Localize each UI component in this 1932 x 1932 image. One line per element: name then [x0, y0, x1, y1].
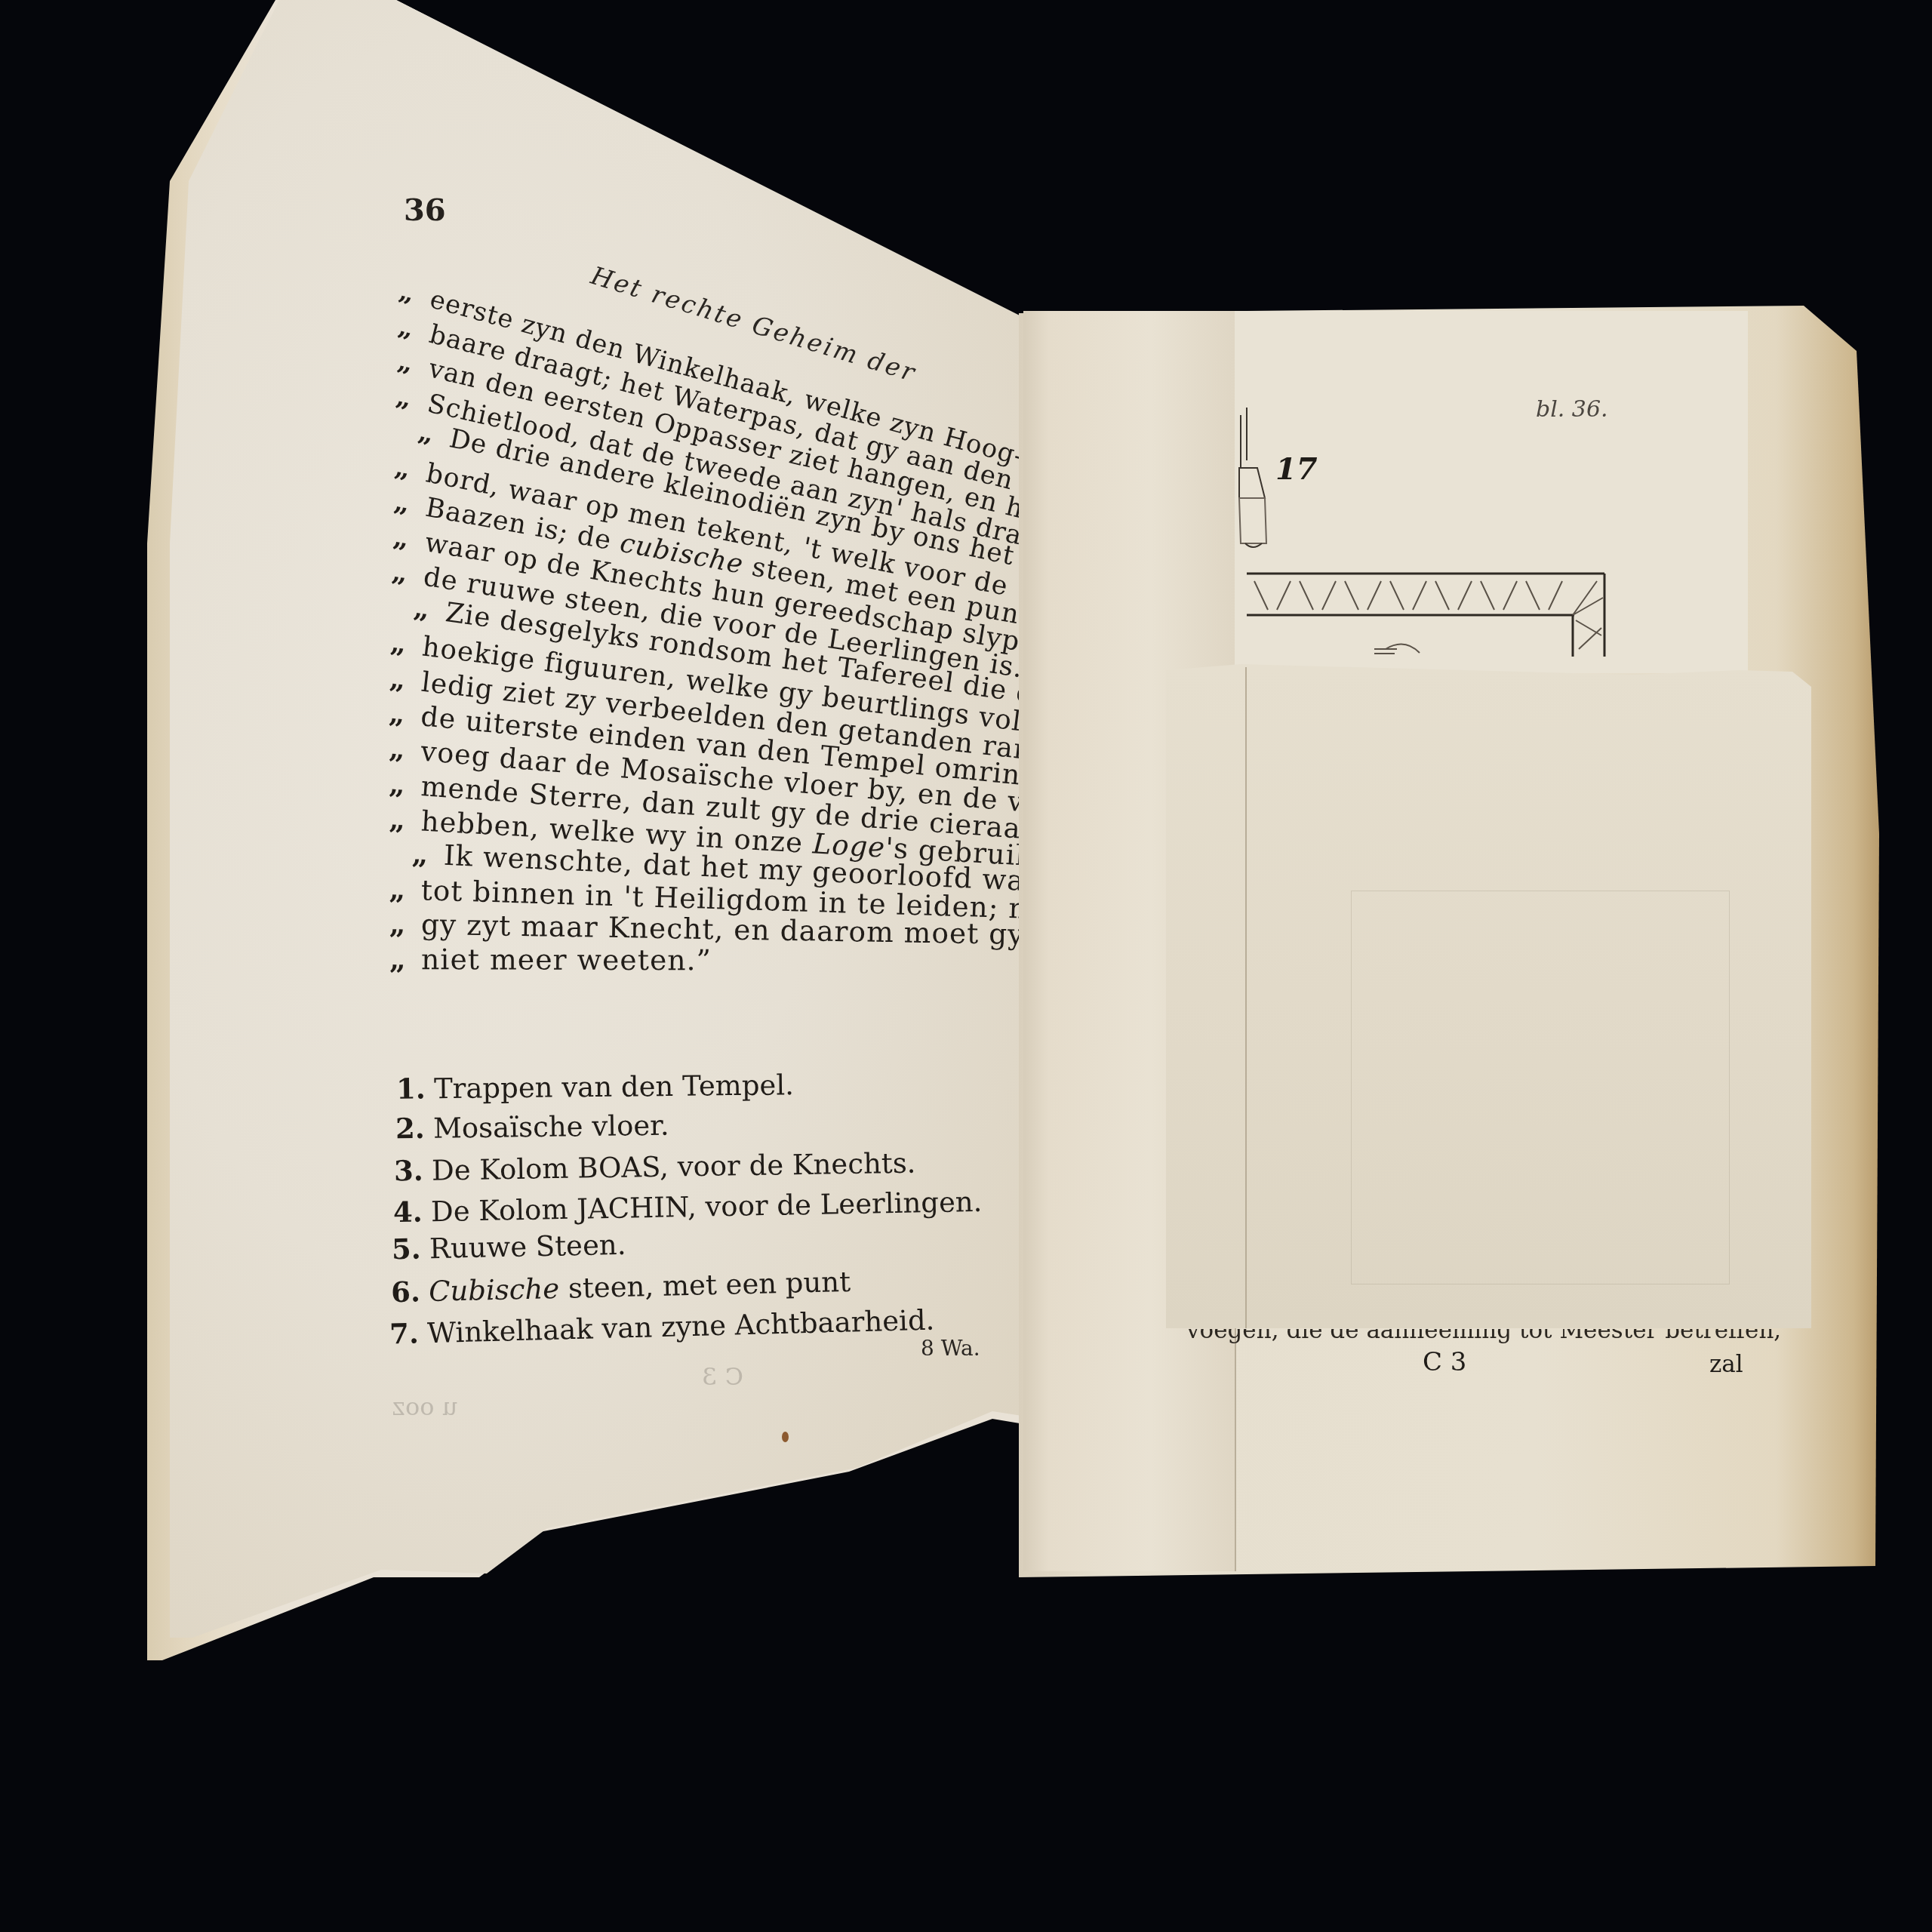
text-line: „niet meer weeten.” — [389, 943, 712, 977]
legend-item: 2.Mosaïsche vloer. — [395, 1109, 669, 1146]
legend-number: 6. — [390, 1275, 429, 1309]
plate-impression-ghost — [1351, 891, 1730, 1284]
quote-mark: „ — [389, 626, 424, 662]
legend-number: 1. — [396, 1072, 434, 1106]
italic-word: Cubische — [428, 1272, 559, 1308]
legend-number: 2. — [395, 1112, 433, 1146]
line-text: niet meer weeten.” — [421, 943, 712, 977]
quote-mark: „ — [389, 943, 421, 976]
legend-text: Ruuwe Steen. — [429, 1229, 626, 1265]
quote-mark: „ — [388, 767, 422, 802]
legend-text: Trappen van den Tempel. — [434, 1069, 794, 1105]
quote-mark: „ — [387, 697, 422, 732]
quote-mark: „ — [391, 521, 427, 557]
figure-17-sketch-icon — [1239, 408, 1266, 547]
quote-mark: „ — [388, 802, 421, 837]
legend-text: steen, met een punt — [558, 1266, 851, 1305]
legend-number: 5. — [392, 1232, 430, 1266]
quote-mark: „ — [388, 662, 423, 697]
flap-fold-line — [1245, 667, 1247, 1328]
show-through-text: u ooz — [392, 1392, 457, 1421]
quote-mark: „ — [389, 907, 421, 941]
legend-item: 5.Ruuwe Steen. — [392, 1228, 626, 1266]
legend-number: 4. — [392, 1195, 431, 1229]
quote-mark: „ — [392, 486, 429, 522]
engraved-border-figure — [1235, 400, 1687, 657]
legend-text: Mosaïsche vloer. — [432, 1109, 669, 1145]
show-through-text: C 3 — [702, 1362, 743, 1391]
quote-mark: „ — [389, 872, 421, 906]
quote-mark: „ — [411, 837, 445, 872]
zigzag-pattern — [1254, 581, 1603, 654]
right-catchword: zal — [1709, 1351, 1743, 1378]
photo-scene: 36 Het rechte Geheim der „eerste zyn den… — [0, 0, 1932, 1932]
signature-mark: C 3 — [1423, 1347, 1466, 1377]
quote-mark: „ — [412, 592, 448, 627]
legend-number: 3. — [394, 1154, 432, 1188]
left-catchword: 8 Wa. — [921, 1336, 980, 1361]
quote-mark: „ — [390, 556, 426, 592]
legend-number: 7. — [389, 1316, 428, 1350]
page-number: 36 — [404, 192, 446, 228]
legend-item: 1.Trappen van den Tempel. — [396, 1068, 794, 1106]
quote-mark: „ — [388, 732, 422, 767]
foxing-spot — [782, 1432, 789, 1442]
